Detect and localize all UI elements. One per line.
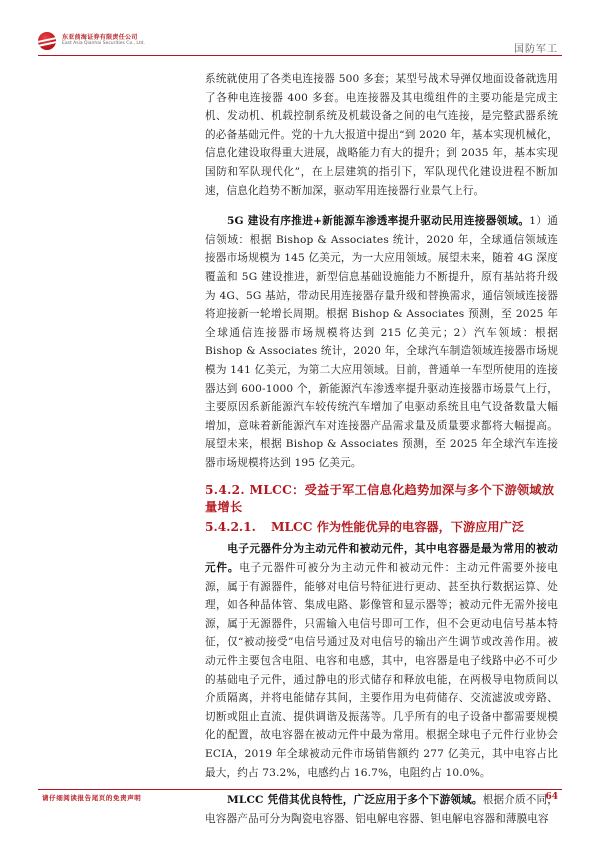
paragraph-passive-components: 电子元器件分为主动元件和被动元件，其中电容器是最为常用的被动元件。电子元器件可被… [205,540,558,782]
subsection-number: 5.4.2.1. [205,519,271,536]
document-body: 系统就使用了各类电连接器 500 多套；某型号战术导弹仅地面设备就选用了各种电连… [205,70,558,828]
header-divider [38,55,562,56]
company-logo-icon [38,32,56,50]
company-name-en: East Asia Qianhai Securities Co., Ltd. [62,41,145,46]
company-name-cn: 东亚前海证券有限责任公司 [62,32,138,41]
paragraph-lead: MLCC 凭借其优良特性，广泛应用于多个下游领域。 [227,794,483,806]
paragraph-lead: 5G 建设有序推进+新能源车渗透率提升驱动民用连接器领域。 [227,215,529,227]
page-header: 东亚前海证券有限责任公司 East Asia Qianhai Securitie… [38,30,562,56]
section-heading-5-4-2: 5.4.2. MLCC：受益于军工信息化趋势加深与多个下游领域放量增长 [205,482,558,516]
disclaimer-note: 请仔细阅读报告尾页的免责声明 [42,793,141,802]
page-number: 64 [545,792,558,802]
paragraph-connectors-civil: 5G 建设有序推进+新能源车渗透率提升驱动民用连接器领域。1）通信领域：根据 B… [205,212,558,472]
subsection-title: MLCC 作为性能优异的电容器，下游应用广泛 [271,520,524,534]
paragraph-connectors-military: 系统就使用了各类电连接器 500 多套；某型号战术导弹仅地面设备就选用了各种电连… [205,70,558,200]
paragraph-mlcc-applications: MLCC 凭借其优良特性，广泛应用于多个下游领域。根据介质不同，电容器产品可分为… [205,791,558,828]
subsection-heading-5-4-2-1: 5.4.2.1.MLCC 作为性能优异的电容器，下游应用广泛 [205,519,558,536]
section-tag: 国防军工 [514,40,558,55]
footer-divider [38,789,562,790]
